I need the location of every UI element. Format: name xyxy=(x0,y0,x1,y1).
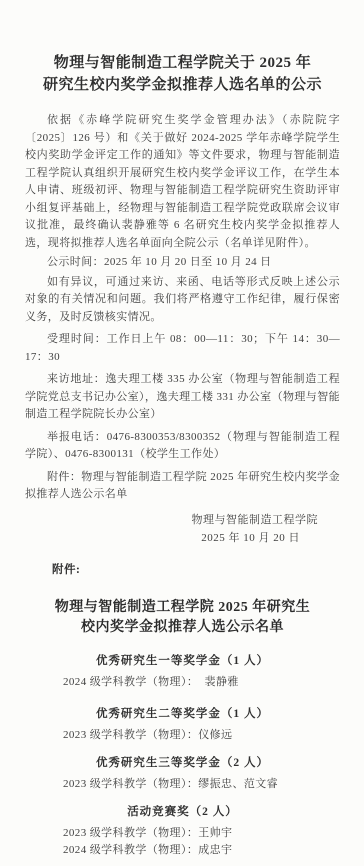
award-section-third-class: 优秀研究生三等奖学金（2 人） 2023 级学科教学（物理）：缪振忠、范文睿 xyxy=(25,755,340,793)
signature-name: 物理与智能制造工程学院 xyxy=(25,511,340,529)
para-report-phone: 举报电话：0476-8300353/8300352（物理与智能制造工程学院）、0… xyxy=(25,429,340,464)
para-objection: 如有异议，可通过来访、来函、电话等形式反映上述公示对象的有关情况和问题。我们将严… xyxy=(25,274,340,327)
signature-date: 2025 年 10 月 20 日 xyxy=(25,529,340,547)
award-heading: 优秀研究生二等奖学金（1 人） xyxy=(25,706,340,723)
award-entry: 2023 级学科教学（物理）：仪修远 xyxy=(25,727,340,744)
notice-body: 依据《赤峰学院研究生奖学金管理办法》（赤院院字〔2025〕126 号）和《关于做… xyxy=(25,112,340,504)
award-section-first-class: 优秀研究生一等奖学金（1 人） 2024 级学科教学（物理）： 裴静雅 xyxy=(25,653,340,691)
award-section-second-class: 优秀研究生二等奖学金（1 人） 2023 级学科教学（物理）：仪修远 xyxy=(25,706,340,744)
attachment-title-line2: 校内奖学金拟推荐人选公示名单 xyxy=(25,618,340,638)
para-attachment-note: 附件：物理与智能制造工程学院 2025 年研究生校内奖学金拟推荐人选公示名单 xyxy=(25,469,340,504)
award-entries: 2024 级学科教学（物理）： 裴静雅 xyxy=(25,674,340,691)
para-publicity-period: 公示时间：2025 年 10 月 20 日至 10 月 24 日 xyxy=(25,254,340,272)
award-entries: 2023 级学科教学（物理）：仪修远 xyxy=(25,727,340,744)
attachment-label: 附件: xyxy=(25,562,340,579)
para-visit-address: 来访地址：逸夫理工楼 335 办公室（物理与智能制造工程学院党总支书记办公室），… xyxy=(25,371,340,424)
award-entries: 2023 级学科教学（物理）：缪振忠、范文睿 xyxy=(25,776,340,793)
award-heading: 优秀研究生三等奖学金（2 人） xyxy=(25,755,340,772)
award-heading: 优秀研究生一等奖学金（1 人） xyxy=(25,653,340,670)
notice-title-line2: 研究生校内奖学金拟推荐人选名单的公示 xyxy=(25,74,340,96)
attachment-title: 物理与智能制造工程学院 2025 年研究生 校内奖学金拟推荐人选公示名单 xyxy=(25,598,340,638)
attachment-title-line1: 物理与智能制造工程学院 2025 年研究生 xyxy=(25,598,340,618)
para-acceptance-time: 受理时间：工作日上午 08：00—11：30；下午 14：30—17：30 xyxy=(25,331,340,366)
award-section-activity-competition: 活动竞赛奖（2 人） 2023 级学科教学（物理）：王帅宇 2024 级学科教学… xyxy=(25,804,340,859)
award-heading: 活动竞赛奖（2 人） xyxy=(25,804,340,821)
para-basis: 依据《赤峰学院研究生奖学金管理办法》（赤院院字〔2025〕126 号）和《关于做… xyxy=(25,112,340,252)
document-page: 物理与智能制造工程学院关于 2025 年 研究生校内奖学金拟推荐人选名单的公示 … xyxy=(0,0,364,866)
signature-block: 物理与智能制造工程学院 2025 年 10 月 20 日 xyxy=(25,511,340,547)
award-entry: 2024 级学科教学（物理）： 裴静雅 xyxy=(25,674,340,691)
notice-title: 物理与智能制造工程学院关于 2025 年 研究生校内奖学金拟推荐人选名单的公示 xyxy=(25,52,340,96)
award-entry: 2023 级学科教学（物理）：王帅宇 xyxy=(25,825,340,842)
award-entry: 2024 级学科教学（物理）：成忠宇 xyxy=(25,842,340,859)
notice-title-line1: 物理与智能制造工程学院关于 2025 年 xyxy=(25,52,340,74)
award-entry: 2023 级学科教学（物理）：缪振忠、范文睿 xyxy=(25,776,340,793)
award-entries: 2023 级学科教学（物理）：王帅宇 2024 级学科教学（物理）：成忠宇 xyxy=(25,825,340,859)
